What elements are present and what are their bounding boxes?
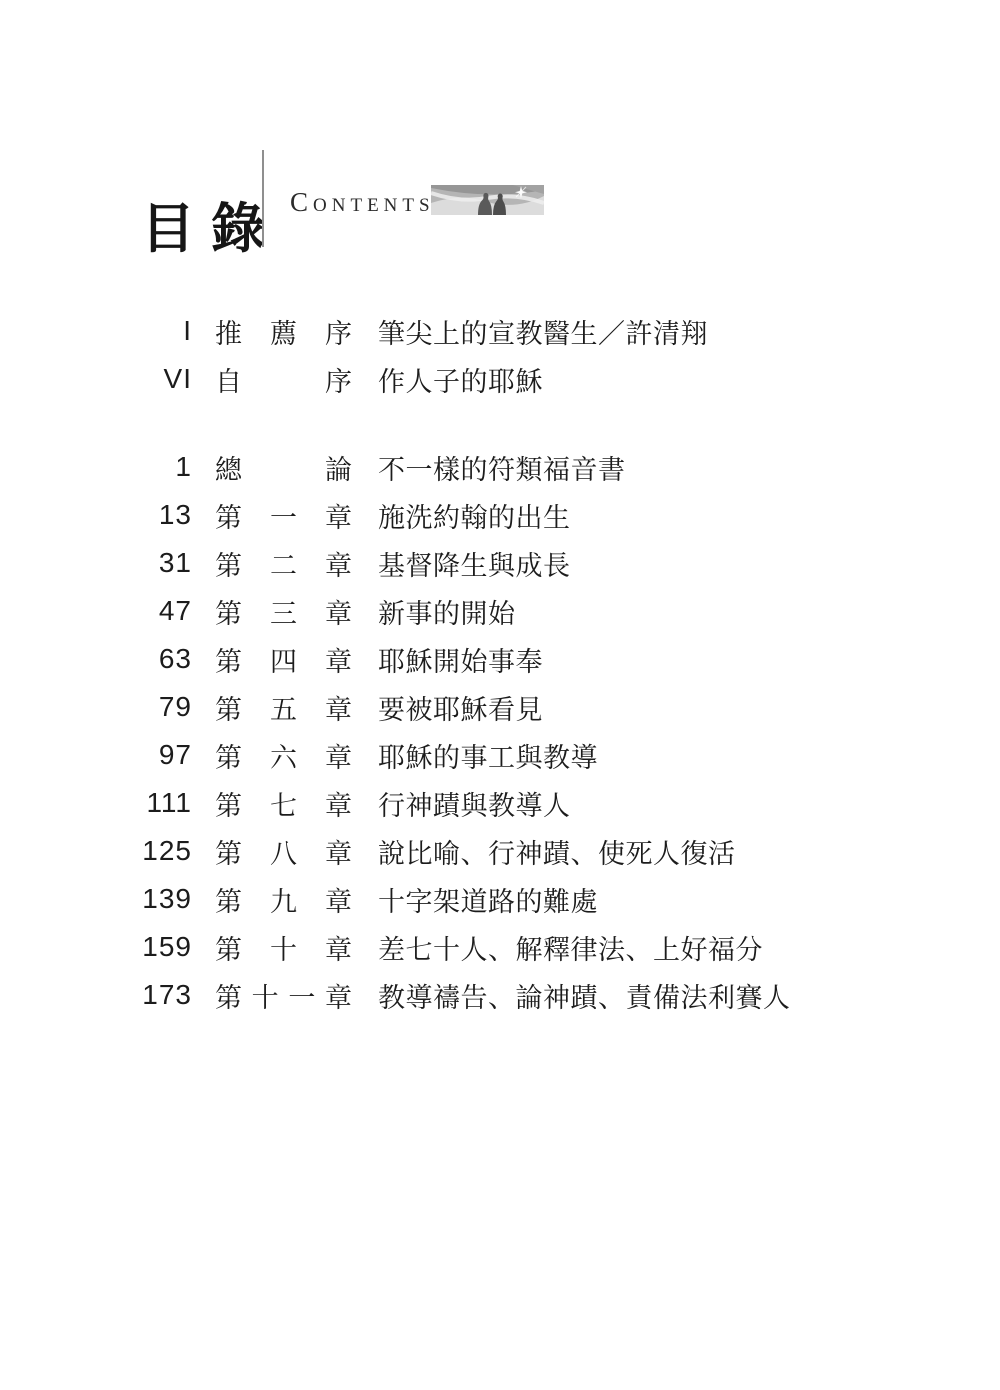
nativity-illustration xyxy=(431,185,544,215)
toc-page-number: VI xyxy=(0,363,192,395)
label-char: 章 xyxy=(325,976,352,1015)
label-char: 第 xyxy=(215,640,242,679)
label-char: 三 xyxy=(270,592,297,631)
toc-page-number: 1 xyxy=(0,451,192,483)
toc-page-number: 97 xyxy=(0,739,192,771)
label-char: 第 xyxy=(215,832,242,871)
toc-row: 173 第十一章 教導禱告、論神蹟、責備法利賽人 xyxy=(0,971,1000,1019)
toc-chapter-label: 第十一章 xyxy=(215,976,352,1015)
label-char: 章 xyxy=(325,544,352,583)
label-char: 六 xyxy=(270,736,297,775)
toc-page-number: 139 xyxy=(0,883,192,915)
toc-page-number: 31 xyxy=(0,547,192,579)
toc-page-number: 125 xyxy=(0,835,192,867)
label-char: 第 xyxy=(215,880,242,919)
toc-chapter-label: 第七章 xyxy=(215,784,352,823)
toc-page: 目錄 CONTENTS I 推薦序 筆尖上的宣教醫生／許清翔 VI 自序 作人子… xyxy=(0,0,1000,1390)
label-char: 序 xyxy=(325,360,352,399)
toc-chapter-title: 基督降生與成長 xyxy=(378,544,571,583)
label-char: 章 xyxy=(325,880,352,919)
toc-page-number: 111 xyxy=(0,787,192,819)
toc-row: 13 第一章 施洗約翰的出生 xyxy=(0,491,1000,539)
label-char: 推 xyxy=(215,312,242,351)
toc-chapter-label: 第一章 xyxy=(215,496,352,535)
toc-page-number: 159 xyxy=(0,931,192,963)
label-char: 論 xyxy=(325,448,352,487)
label-char: 五 xyxy=(270,688,297,727)
label-char: 九 xyxy=(270,880,297,919)
toc-chapter-label: 第八章 xyxy=(215,832,352,871)
toc-chapter-label: 第二章 xyxy=(215,544,352,583)
toc-page-number: 79 xyxy=(0,691,192,723)
toc-page-number: 173 xyxy=(0,979,192,1011)
label-char: 十 xyxy=(252,976,279,1015)
label-char: 一 xyxy=(288,976,315,1015)
toc-chapter-label: 推薦序 xyxy=(215,312,352,351)
nativity-scene-image xyxy=(431,185,544,215)
toc-page-number: 47 xyxy=(0,595,192,627)
toc-chapter-label: 總論 xyxy=(215,448,352,487)
toc-chapter-title: 要被耶穌看見 xyxy=(378,688,543,727)
label-char: 十 xyxy=(270,928,297,967)
toc-row: 47 第三章 新事的開始 xyxy=(0,587,1000,635)
page-title: 目錄 xyxy=(141,200,281,259)
toc-row: 139 第九章 十字架道路的難處 xyxy=(0,875,1000,923)
toc-chapter-title: 不一樣的符類福音書 xyxy=(378,448,626,487)
toc-chapter-title: 作人子的耶穌 xyxy=(378,360,543,399)
label-char: 薦 xyxy=(270,312,297,351)
toc-row: 63 第四章 耶穌開始事奉 xyxy=(0,635,1000,683)
label-char: 一 xyxy=(270,496,297,535)
label-char: 章 xyxy=(325,496,352,535)
label-char: 總 xyxy=(215,448,242,487)
toc-row: 159 第十章 差七十人、解釋律法、上好福分 xyxy=(0,923,1000,971)
toc-chapter-title: 教導禱告、論神蹟、責備法利賽人 xyxy=(378,976,791,1015)
label-char: 第 xyxy=(215,688,242,727)
label-char: 第 xyxy=(215,928,242,967)
toc-chapter-label: 第十章 xyxy=(215,928,352,967)
toc-chapter-label: 第九章 xyxy=(215,880,352,919)
label-char: 章 xyxy=(325,640,352,679)
toc-row: 97 第六章 耶穌的事工與教導 xyxy=(0,731,1000,779)
toc-chapter-label: 第六章 xyxy=(215,736,352,775)
toc-chapter-title: 行神蹟與教導人 xyxy=(378,784,571,823)
label-char: 章 xyxy=(325,928,352,967)
label-char: 二 xyxy=(270,544,297,583)
label-char: 第 xyxy=(215,784,242,823)
toc-chapter-title: 說比喻、行神蹟、使死人復活 xyxy=(378,832,736,871)
toc-page-number: 63 xyxy=(0,643,192,675)
toc-page-number: 13 xyxy=(0,499,192,531)
label-char: 章 xyxy=(325,736,352,775)
label-char: 第 xyxy=(215,496,242,535)
toc-row: 111 第七章 行神蹟與教導人 xyxy=(0,779,1000,827)
toc-chapter-label: 第三章 xyxy=(215,592,352,631)
toc-chapter-title: 新事的開始 xyxy=(378,592,516,631)
toc-row: 79 第五章 要被耶穌看見 xyxy=(0,683,1000,731)
label-char: 章 xyxy=(325,784,352,823)
toc-chapter-label: 第五章 xyxy=(215,688,352,727)
toc-row: 31 第二章 基督降生與成長 xyxy=(0,539,1000,587)
toc-row: I 推薦序 筆尖上的宣教醫生／許清翔 xyxy=(0,307,1000,355)
toc-chapter-title: 差七十人、解釋律法、上好福分 xyxy=(378,928,763,967)
label-char: 八 xyxy=(270,832,297,871)
label-char: 自 xyxy=(215,360,242,399)
label-char: 序 xyxy=(325,312,352,351)
toc-chapter-title: 耶穌開始事奉 xyxy=(378,640,543,679)
toc-chapter-label: 第四章 xyxy=(215,640,352,679)
label-char: 第 xyxy=(215,736,242,775)
label-char: 章 xyxy=(325,592,352,631)
header-divider xyxy=(262,150,264,247)
toc-chapter-title: 耶穌的事工與教導 xyxy=(378,736,598,775)
toc-page-number: I xyxy=(0,315,192,347)
label-char: 第 xyxy=(215,544,242,583)
page-title-english: CONTENTS xyxy=(290,187,435,218)
label-char: 七 xyxy=(270,784,297,823)
label-char: 第 xyxy=(215,976,242,1015)
label-char: 四 xyxy=(270,640,297,679)
toc-row: 125 第八章 說比喻、行神蹟、使死人復活 xyxy=(0,827,1000,875)
label-char: 第 xyxy=(215,592,242,631)
toc-chapter-title: 筆尖上的宣教醫生／許清翔 xyxy=(378,312,708,351)
toc-chapter-title: 施洗約翰的出生 xyxy=(378,496,571,535)
label-char: 章 xyxy=(325,688,352,727)
toc-chapter-title: 十字架道路的難處 xyxy=(378,880,598,919)
toc-chapter-label: 自序 xyxy=(215,360,352,399)
toc-row: 1 總論 不一樣的符類福音書 xyxy=(0,443,1000,491)
toc-list: I 推薦序 筆尖上的宣教醫生／許清翔 VI 自序 作人子的耶穌 1 總論 不一樣… xyxy=(0,307,1000,1019)
toc-row: VI 自序 作人子的耶穌 xyxy=(0,355,1000,403)
label-char: 章 xyxy=(325,832,352,871)
